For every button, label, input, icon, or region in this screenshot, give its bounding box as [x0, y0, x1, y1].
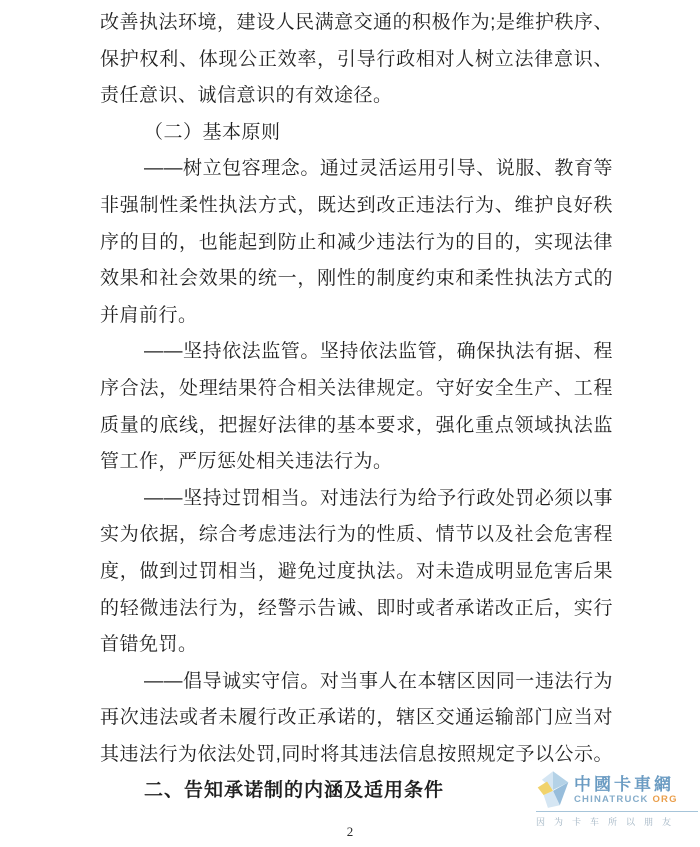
document-line: 度，做到过罚相当，避免过度执法。对未造成明显危害后果 — [100, 554, 613, 591]
document-line: 其违法行为依法处罚,同时将其违法信息按照规定予以公示。 — [100, 737, 613, 774]
document-line: 管工作，严厉惩处相关违法行为。 — [100, 444, 613, 481]
document-line: 效果和社会效果的统一，刚性的制度约束和柔性执法方式的 — [100, 261, 613, 298]
gem-diamond-icon — [536, 770, 570, 810]
document-line: 首错免罚。 — [100, 627, 613, 664]
watermark-divider — [536, 811, 698, 812]
document-line: 序合法，处理结果符合相关法律规定。守好安全生产、工程 — [100, 371, 613, 408]
chinatruck-watermark: 中國卡車網 CHINATRUCK ORG 因为卡车所以朋友 — [536, 770, 698, 828]
document-line: ——树立包容理念。通过灵活运用引导、说服、教育等 — [100, 151, 613, 188]
document-line: ——坚持过罚相当。对违法行为给予行政处罚必须以事 — [100, 481, 613, 518]
document-line: 保护权利、体现公正效率，引导行政相对人树立法律意识、 — [100, 42, 613, 79]
document-line: （二）基本原则 — [100, 115, 613, 152]
site-tld-text: ORG — [652, 794, 677, 805]
document-text-block: 改善执法环境，建设人民满意交通的积极作为;是维护秩序、保护权利、体现公正效率，引… — [100, 5, 613, 810]
document-line: 序的目的，也能起到防止和减少违法行为的目的，实现法律 — [100, 225, 613, 262]
document-line: 改善执法环境，建设人民满意交通的积极作为;是维护秩序、 — [100, 5, 613, 42]
document-line: 质量的底线，把握好法律的基本要求，强化重点领域执法监 — [100, 408, 613, 445]
document-line: 责任意识、诚信意识的有效途径。 — [100, 78, 613, 115]
site-name-en-text: CHINATRUCK — [574, 794, 649, 805]
document-line: 非强制性柔性执法方式，既达到改正违法行为、维护良好秩 — [100, 188, 613, 225]
document-line: 再次违法或者未履行改正承诺的，辖区交通运输部门应当对 — [100, 700, 613, 737]
document-line: ——倡导诚实守信。对当事人在本辖区因同一违法行为 — [100, 664, 613, 701]
document-line: 实为依据，综合考虑违法行为的性质、情节以及社会危害程 — [100, 517, 613, 554]
document-page: 改善执法环境，建设人民满意交通的积极作为;是维护秩序、保护权利、体现公正效率，引… — [0, 0, 700, 847]
watermark-header: 中國卡車網 CHINATRUCK ORG — [536, 770, 698, 810]
document-line: ——坚持依法监管。坚持依法监管，确保执法有据、程 — [100, 334, 613, 371]
document-line: 的轻微违法行为，经警示告诫、即时或者承诺改正后，实行 — [100, 591, 613, 628]
document-line: 并肩前行。 — [100, 298, 613, 335]
site-name-english: CHINATRUCK ORG — [574, 795, 678, 805]
page-number: 2 — [0, 824, 700, 840]
site-name-chinese: 中國卡車網 — [574, 776, 678, 793]
watermark-names: 中國卡車網 CHINATRUCK ORG — [574, 776, 678, 805]
